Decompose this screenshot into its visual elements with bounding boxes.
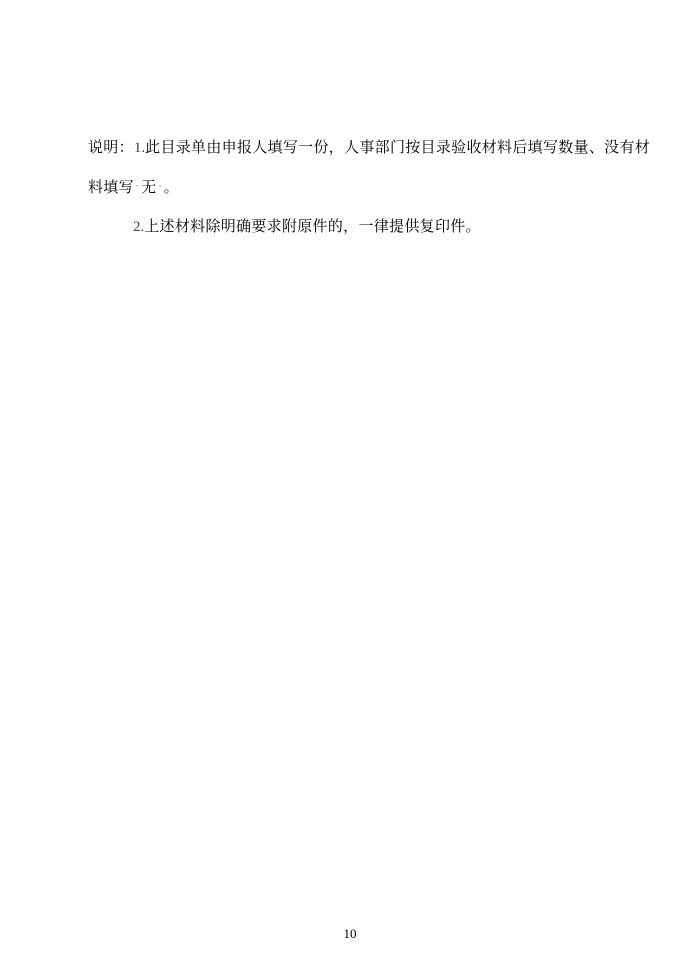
note-line-2: 料填写″无″。 xyxy=(88,179,179,198)
note-line-3: 2.上述材料除明确要求附原件的，一律提供复印件。 xyxy=(133,218,481,237)
note-item1-text-line2-prefix: 料填写 xyxy=(88,180,134,196)
note-line-1: 说明：1.此目录单由申报人填写一份，人事部门按目录验收材料后填写数量、没有材 xyxy=(88,139,650,158)
note-label: 说明： xyxy=(88,140,134,156)
note-item1-text-line2-suffix: 。 xyxy=(164,180,179,196)
page-number: 10 xyxy=(0,926,700,942)
close-quote-mark: ″ xyxy=(158,179,161,198)
open-quote-mark: ″ xyxy=(136,179,139,198)
note-item1-number: 1. xyxy=(134,140,145,156)
document-page: 说明：1.此目录单由申报人填写一份，人事部门按目录验收材料后填写数量、没有材 料… xyxy=(0,0,700,971)
note-item1-text-line1: 此目录单由申报人填写一份，人事部门按目录验收材料后填写数量、没有材 xyxy=(145,140,650,156)
none-value-text: 无 xyxy=(141,180,156,196)
note-item2-number: 2. xyxy=(133,219,144,235)
note-item2-text: 上述材料除明确要求附原件的，一律提供复印件。 xyxy=(144,219,481,235)
